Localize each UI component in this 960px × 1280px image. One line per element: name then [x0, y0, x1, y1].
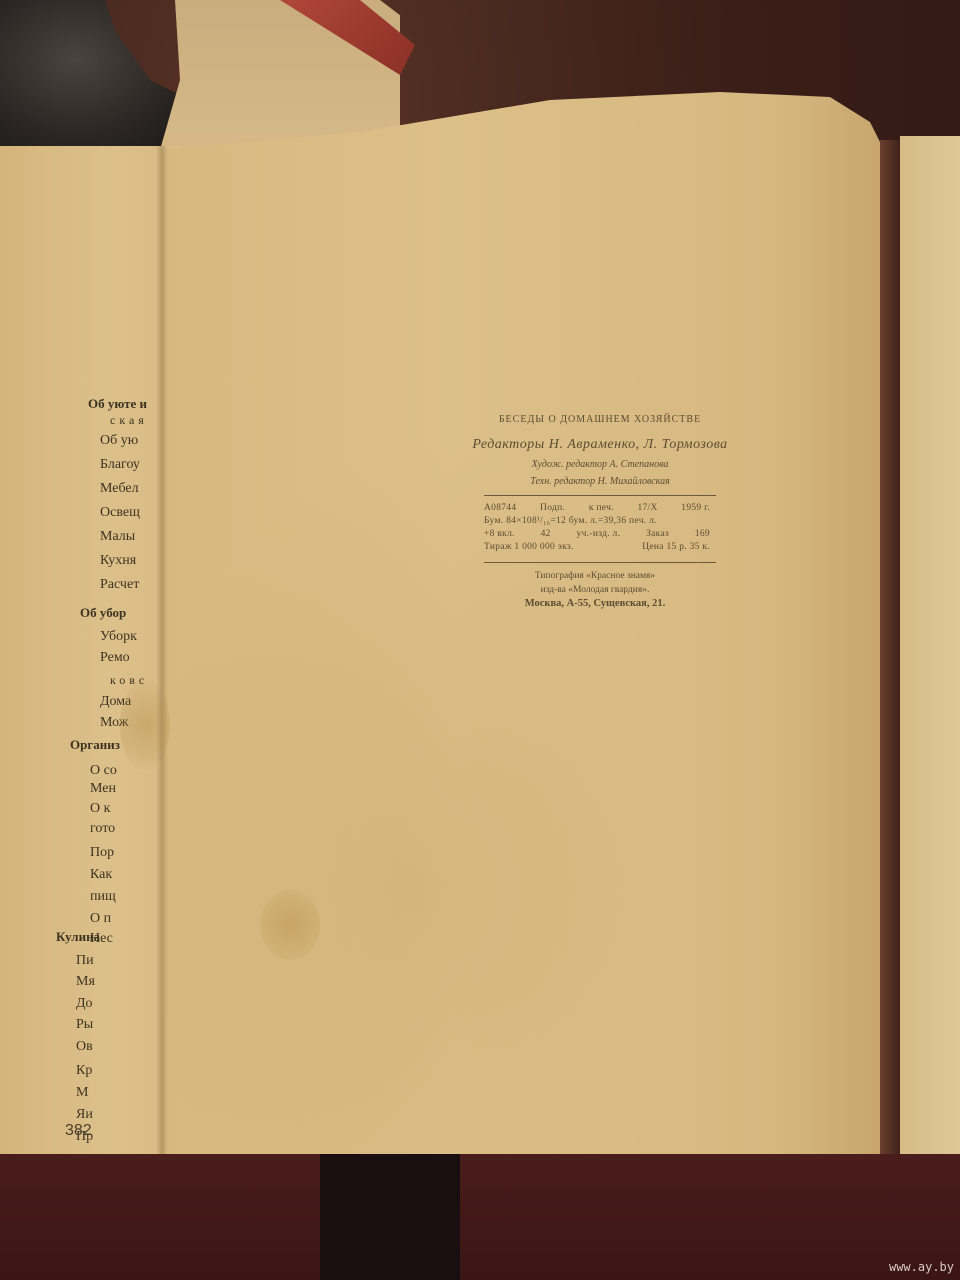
- book-title: Беседы о домашнем хозяйстве: [470, 414, 730, 425]
- toc-entry: Кр: [76, 1063, 92, 1079]
- imprint-row: Бум. 84×108¹/₁₆=12 бум. л.=39,36 печ. л.: [484, 515, 730, 528]
- toc-entry: Пор: [90, 845, 114, 861]
- printer-line: Москва, А-55, Сущевская, 21.: [470, 597, 720, 611]
- watermark: www.ay.by: [889, 1260, 954, 1274]
- toc-section-heading: Кулина: [56, 929, 100, 945]
- table-edge: [0, 1154, 960, 1280]
- imprint-row: Тираж 1 000 000 экз.Цена 15 р. 35 к.: [484, 541, 730, 554]
- imprint-field: 42: [541, 528, 551, 541]
- divider: [484, 495, 716, 496]
- toc-entry: Кухня: [100, 553, 136, 569]
- imprint-field: 169: [695, 528, 710, 541]
- imprint-field: 1959 г.: [681, 502, 710, 515]
- imprint-details: А08744Подп.к печ.17/X1959 г.Бум. 84×108¹…: [470, 502, 730, 554]
- toc-entry: О к: [90, 801, 110, 817]
- gutter-shadow: [880, 140, 902, 1280]
- toc-entry: Расчет: [100, 577, 139, 593]
- toc-entry: Мя: [76, 974, 95, 990]
- page-number: 382: [65, 1122, 92, 1140]
- toc-entry: М: [76, 1085, 88, 1101]
- imprint-field: А08744: [484, 502, 516, 515]
- tech-editor: Техн. редактор Н. Михайловская: [470, 476, 730, 487]
- toc-entry: Мен: [90, 781, 116, 797]
- toc-entry: Освещ: [100, 505, 140, 521]
- toc-entry: О п: [90, 911, 111, 927]
- toc-entry: О со: [90, 763, 117, 779]
- table-of-contents: Об уюте искаяОб уюБлагоуМебелОсвещМалыКу…: [0, 396, 160, 1156]
- toc-entry: Ов: [76, 1039, 93, 1055]
- imprint-row: А08744Подп.к печ.17/X1959 г.: [484, 502, 730, 515]
- toc-section-heading: Об убор: [80, 605, 126, 621]
- toc-section-heading: Организ: [70, 737, 120, 753]
- toc-entry: Ры: [76, 1017, 93, 1033]
- toc-entry: Пи: [76, 953, 94, 969]
- paper-stain: [260, 890, 320, 960]
- divider: [484, 562, 716, 563]
- imprint-field: Подп.: [540, 502, 565, 515]
- page-edge-shadow: [156, 146, 168, 1156]
- imprint-field: к печ.: [589, 502, 614, 515]
- imprint-field: Заказ: [646, 528, 669, 541]
- imprint-field: +8 вкл.: [484, 528, 515, 541]
- art-editor: Худож. редактор А. Степанова: [470, 459, 730, 470]
- colophon: Беседы о домашнем хозяйстве Редакторы Н.…: [470, 410, 730, 611]
- imprint-field: Бум. 84×108¹/₁₆=12 бум. л.=39,36 печ. л.: [484, 515, 657, 528]
- toc-entry: Благоу: [100, 457, 140, 473]
- toc-entry: До: [76, 996, 93, 1012]
- toc-entry: Уборк: [100, 629, 137, 645]
- imprint-page: [160, 92, 885, 1154]
- toc-entry: гото: [90, 821, 115, 837]
- toc-entry: Как: [90, 867, 112, 883]
- imprint-field: Тираж 1 000 000 экз.: [484, 541, 574, 554]
- printer-line: Типография «Красное знамя»: [470, 569, 720, 583]
- photo-scene: Об уюте искаяОб уюБлагоуМебелОсвещМалыКу…: [0, 0, 960, 1280]
- imprint-field: уч.-изд. л.: [577, 528, 621, 541]
- toc-section-heading: Об уюте и: [88, 396, 147, 412]
- toc-entry: Яи: [76, 1107, 93, 1123]
- editors: Редакторы Н. Авраменко, Л. Тормозова: [470, 437, 730, 453]
- toc-entry: Малы: [100, 529, 135, 545]
- toc-entry: ская: [110, 413, 148, 428]
- toc-entry: Об ую: [100, 433, 138, 449]
- printer-info: Типография «Красное знамя»изд-ва «Молода…: [470, 569, 730, 611]
- dark-shadow: [320, 1154, 460, 1280]
- toc-entry: Ремо: [100, 650, 130, 666]
- toc-entry: Мебел: [100, 481, 139, 497]
- printer-line: изд-ва «Молодая гвардия».: [470, 583, 720, 597]
- paper-stain: [120, 680, 170, 770]
- toc-entry: пищ: [90, 889, 116, 905]
- imprint-row: +8 вкл.42уч.-изд. л.Заказ169: [484, 528, 730, 541]
- imprint-field: Цена 15 р. 35 к.: [642, 541, 710, 554]
- imprint-field: 17/X: [637, 502, 657, 515]
- next-page-edge: [900, 136, 960, 1226]
